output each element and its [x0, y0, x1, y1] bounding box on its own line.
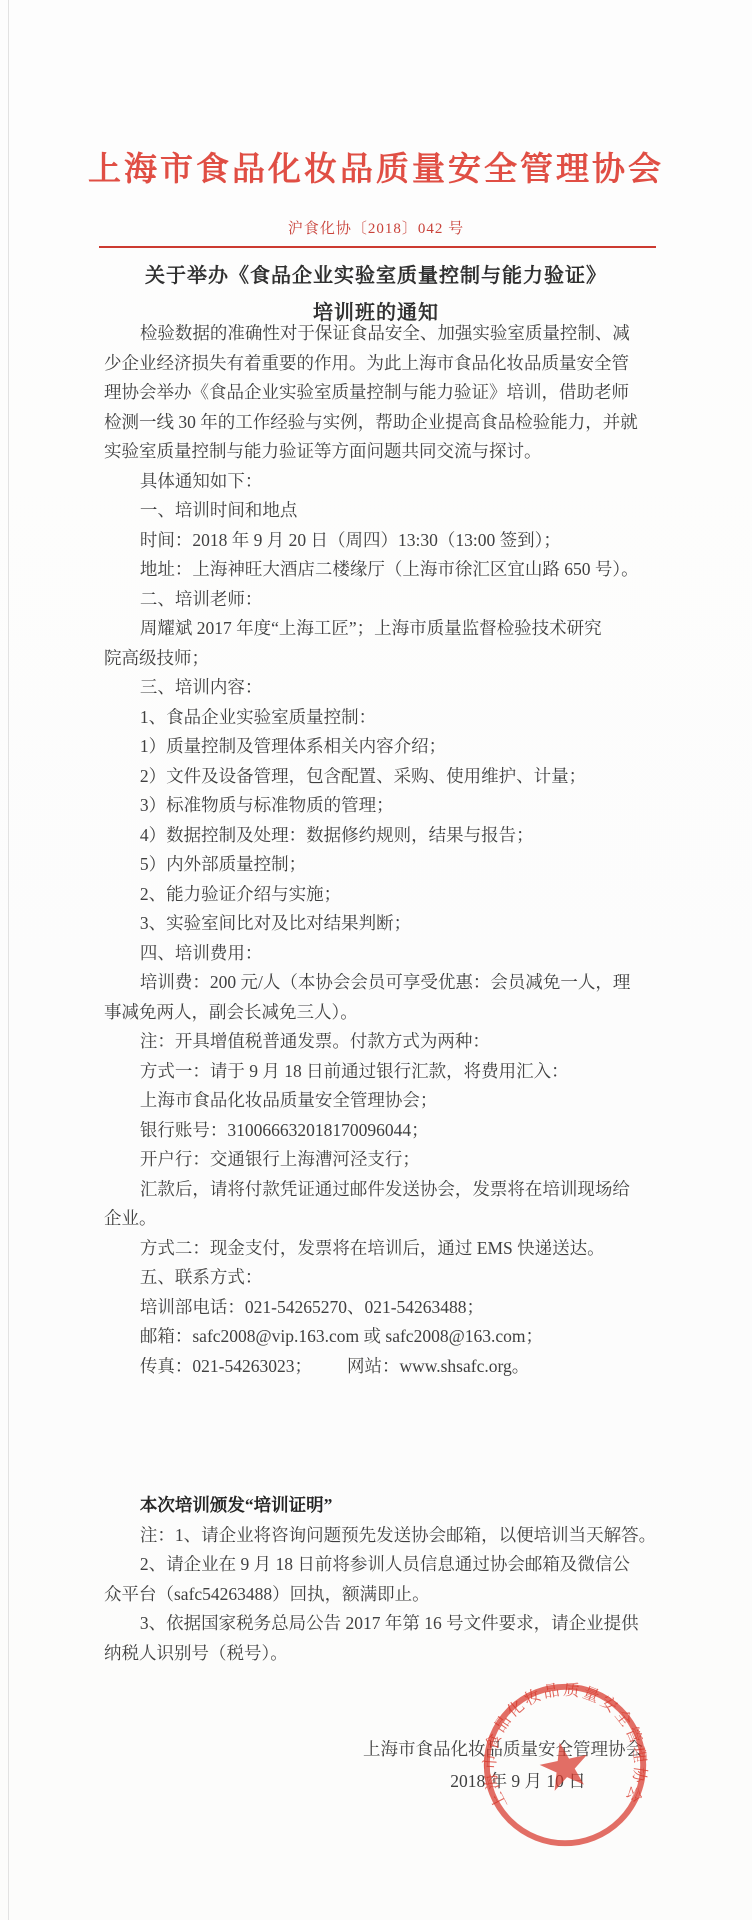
body-line: 2、请企业在 9 月 18 日前将参训人员信息通过协会邮箱及微信公 — [104, 1550, 660, 1580]
body-line: 理协会举办《食品企业实验室质量控制与能力验证》培训，借助老师 — [104, 378, 660, 408]
body-line: 事减免两人，副会长减免三人）。 — [104, 998, 660, 1028]
red-divider — [99, 246, 656, 248]
signature-org: 上海市食品化妆品质量安全管理协会 — [363, 1736, 643, 1761]
body-line: 实验室质量控制与能力验证等方面问题共同交流与探讨。 — [104, 437, 660, 467]
body-line: 周耀斌 2017 年度“上海工匠”；上海市质量监督检验技术研究 — [104, 614, 660, 644]
body-line: 时间：2018 年 9 月 20 日（周四）13:30（13:00 签到）； — [104, 526, 660, 556]
body-line: 方式二：现金支付，发票将在培训后，通过 EMS 快递送达。 — [104, 1234, 660, 1264]
body-line: 3）标准物质与标准物质的管理； — [104, 791, 660, 821]
body-line: 注：1、请企业将咨询问题预先发送协会邮箱，以便培训当天解答。 — [104, 1521, 660, 1551]
org-title: 上海市食品化妆品质量安全管理协会 — [0, 143, 752, 190]
body-line: 二、培训老师： — [104, 585, 660, 615]
signature-date: 2018 年 9 月 10 日 — [363, 1768, 643, 1793]
body-line: 1、食品企业实验室质量控制： — [104, 703, 660, 733]
body-line: 2、能力验证介绍与实施； — [104, 880, 660, 910]
body-line: 纳税人识别号（税号）。 — [104, 1639, 660, 1669]
signature-block: 上海市食品化妆品质量安全管理协会 2018 年 9 月 10 日 — [363, 1736, 643, 1793]
body-line: 3、依据国家税务总局公告 2017 年第 16 号文件要求，请企业提供 — [104, 1609, 660, 1639]
body-line: 少企业经济损失有着重要的作用。为此上海市食品化妆品质量安全管 — [104, 349, 660, 379]
body-line: 4）数据控制及处理：数据修约规则，结果与报告； — [104, 821, 660, 851]
body-line: 传真：021-54263023； 网站：www.shsafc.org。 — [104, 1352, 660, 1382]
body-line: 1）质量控制及管理体系相关内容介绍； — [104, 732, 660, 762]
body-line: 一、培训时间和地点 — [104, 496, 660, 526]
body-line: 检验数据的准确性对于保证食品安全、加强实验室质量控制、减 — [104, 319, 660, 349]
body-line: 方式一：请于 9 月 18 日前通过银行汇款，将费用汇入： — [104, 1057, 660, 1087]
body-line: 上海市食品化妆品质量安全管理协会； — [104, 1086, 660, 1116]
body-line: 众平台（safc54263488）回执，额满即止。 — [104, 1580, 660, 1610]
document-page: 上海市食品化妆品质量安全管理协会 沪食化协〔2018〕042 号 关于举办《食品… — [0, 0, 752, 1920]
body-line: 企业。 — [104, 1204, 660, 1234]
body-line: 四、培训费用： — [104, 939, 660, 969]
document-body: 检验数据的准确性对于保证食品安全、加强实验室质量控制、减少企业经济损失有着重要的… — [104, 319, 660, 1668]
body-line: 银行账号：310066632018170096044； — [104, 1116, 660, 1146]
body-line: 院高级技师； — [104, 644, 660, 674]
body-line: 三、培训内容： — [104, 673, 660, 703]
body-line: 开户行：交通银行上海漕河泾支行； — [104, 1145, 660, 1175]
scan-edge-line — [8, 0, 9, 1920]
body-line: 五、联系方式： — [104, 1263, 660, 1293]
body-line: 本次培训颁发“培训证明” — [104, 1491, 660, 1521]
body-line: 邮箱：safc2008@vip.163.com 或 safc2008@163.c… — [104, 1322, 660, 1352]
body-line: 培训部电话：021-54265270、021-54263488； — [104, 1293, 660, 1323]
body-line: 汇款后，请将付款凭证通过邮件发送协会，发票将在培训现场给 — [104, 1175, 660, 1205]
doc-number: 沪食化协〔2018〕042 号 — [0, 217, 752, 238]
body-line: 5）内外部质量控制； — [104, 850, 660, 880]
body-line: 注：开具增值税普通发票。付款方式为两种： — [104, 1027, 660, 1057]
body-line: 3、实验室间比对及比对结果判断； — [104, 909, 660, 939]
body-line: 具体通知如下： — [104, 467, 660, 497]
doc-title-line1: 关于举办《食品企业实验室质量控制与能力验证》 — [0, 259, 752, 288]
body-line: 2）文件及设备管理，包含配置、采购、使用维护、计量； — [104, 762, 660, 792]
body-line: 培训费：200 元/人（本协会会员可享受优惠：会员减免一人，理 — [104, 968, 660, 998]
body-line: 检测一线 30 年的工作经验与实例，帮助企业提高食品检验能力，并就 — [104, 408, 660, 438]
body-line: 地址：上海神旺大酒店二楼缘厅（上海市徐汇区宜山路 650 号）。 — [104, 555, 660, 585]
